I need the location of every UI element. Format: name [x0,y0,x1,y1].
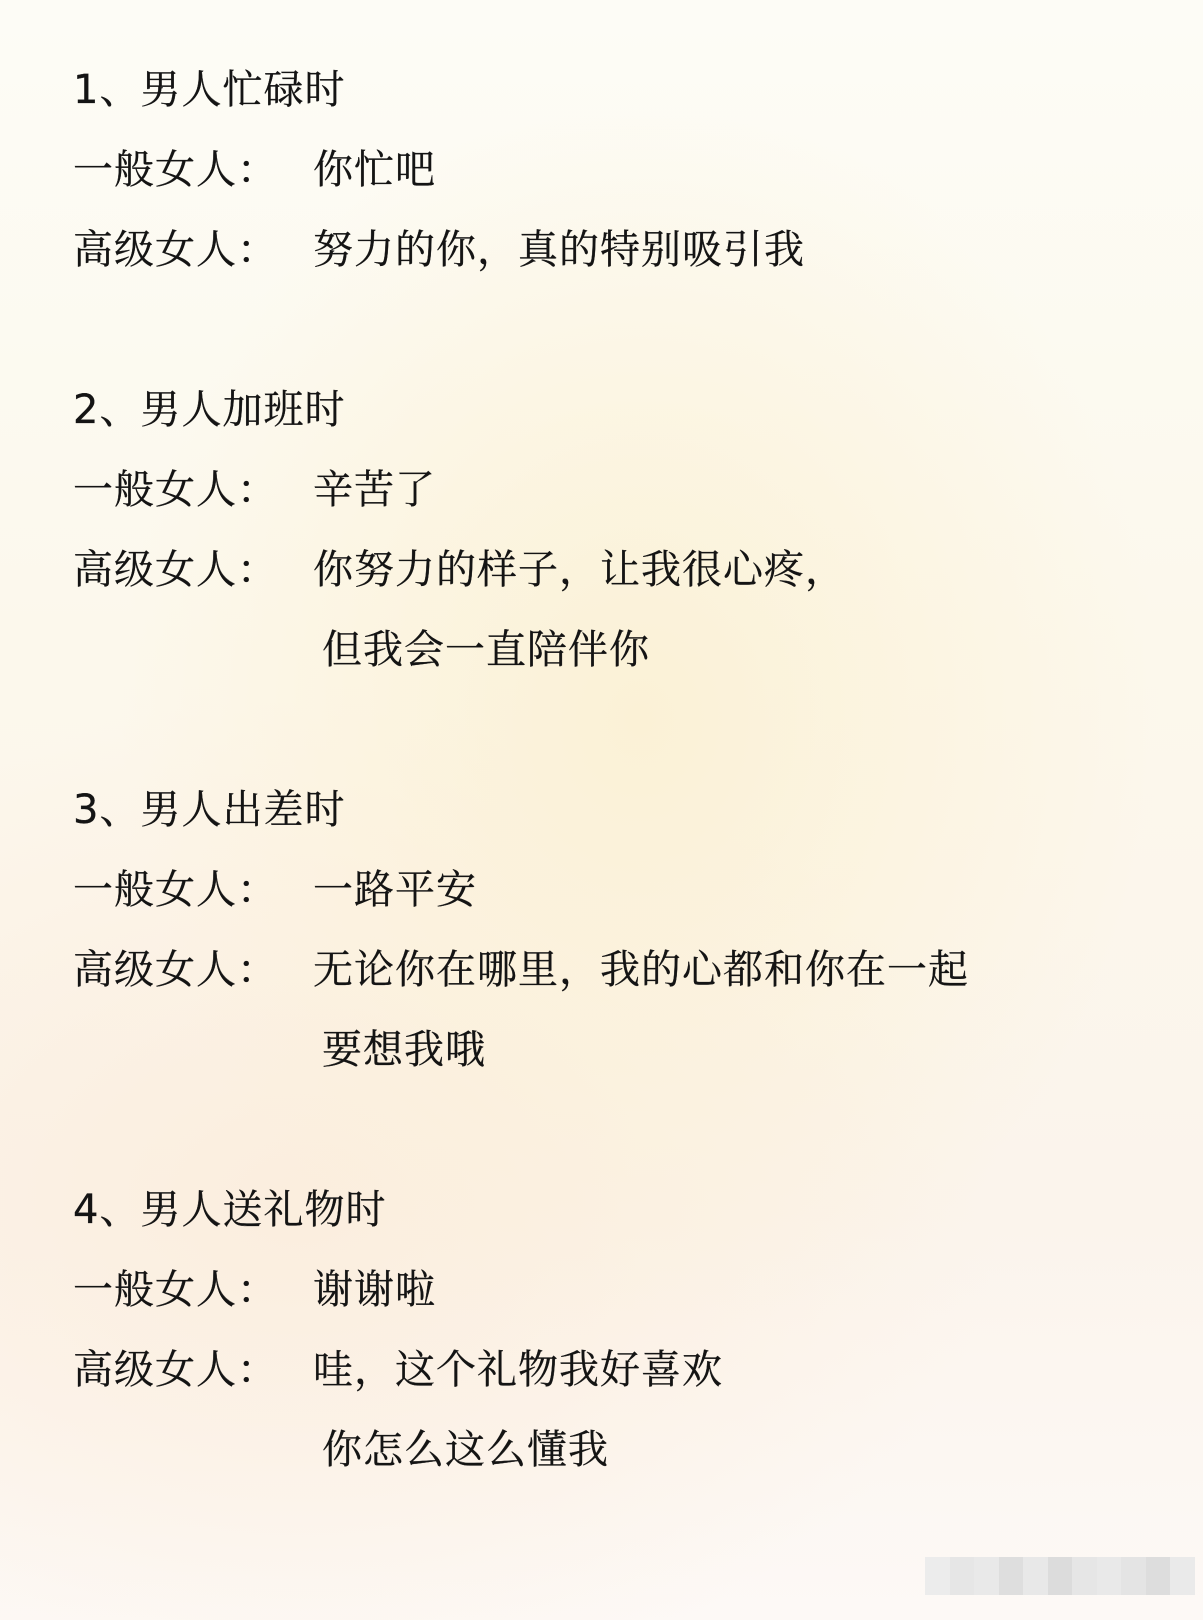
advanced-woman-reply-continuation: 你怎么这么懂我 [322,1426,609,1474]
watermark-pixel [1023,1557,1048,1595]
section-1-normal-row: 一般女人：你忙吧 [73,146,436,194]
watermark-pixel [1121,1557,1146,1595]
section-4-advanced-row: 高级女人：哇，这个礼物我好喜欢 [73,1346,723,1394]
advanced-woman-reply-continuation: 要想我哦 [322,1026,486,1074]
section-1-heading: 1、男人忙碌时 [73,66,345,114]
watermark-pixel [925,1557,950,1595]
advanced-woman-reply: 努力的你，真的特别吸引我 [313,227,805,273]
section-2-normal-row: 一般女人：辛苦了 [73,466,436,514]
section-2-heading: 2、男人加班时 [73,386,345,434]
advanced-woman-label: 高级女人： [73,226,313,274]
normal-woman-reply: 一路平安 [313,867,477,913]
watermark-pixel [974,1557,999,1595]
normal-woman-reply: 谢谢啦 [313,1267,436,1313]
normal-woman-label: 一般女人： [73,466,313,514]
section-3-advanced-row: 高级女人：无论你在哪里，我的心都和你在一起 [73,946,969,994]
normal-woman-label: 一般女人： [73,146,313,194]
watermark-pixel [1048,1557,1073,1595]
normal-woman-reply: 辛苦了 [313,467,436,513]
advanced-woman-label: 高级女人： [73,1346,313,1394]
normal-woman-reply: 你忙吧 [313,147,436,193]
advanced-woman-label: 高级女人： [73,546,313,594]
section-4-normal-row: 一般女人：谢谢啦 [73,1266,436,1314]
blurred-watermark [925,1557,1195,1595]
watermark-pixel [1072,1557,1097,1595]
normal-woman-label: 一般女人： [73,1266,313,1314]
normal-woman-label: 一般女人： [73,866,313,914]
advanced-woman-reply: 哇，这个礼物我好喜欢 [313,1347,723,1393]
watermark-pixel [1097,1557,1122,1595]
section-4-heading: 4、男人送礼物时 [73,1186,386,1234]
watermark-pixel [999,1557,1024,1595]
advanced-woman-reply: 无论你在哪里，我的心都和你在一起 [313,947,969,993]
watermark-pixel [1170,1557,1195,1595]
watermark-pixel [1146,1557,1171,1595]
section-1-advanced-row: 高级女人：努力的你，真的特别吸引我 [73,226,805,274]
document: 1、男人忙碌时 一般女人：你忙吧 高级女人：努力的你，真的特别吸引我 2、男人加… [0,0,1203,1620]
watermark-pixel [950,1557,975,1595]
advanced-woman-label: 高级女人： [73,946,313,994]
advanced-woman-reply: 你努力的样子，让我很心疼， [313,547,846,593]
section-2-advanced-row: 高级女人：你努力的样子，让我很心疼， [73,546,846,594]
section-3-normal-row: 一般女人：一路平安 [73,866,477,914]
advanced-woman-reply-continuation: 但我会一直陪伴你 [322,626,650,674]
section-3-heading: 3、男人出差时 [73,786,345,834]
